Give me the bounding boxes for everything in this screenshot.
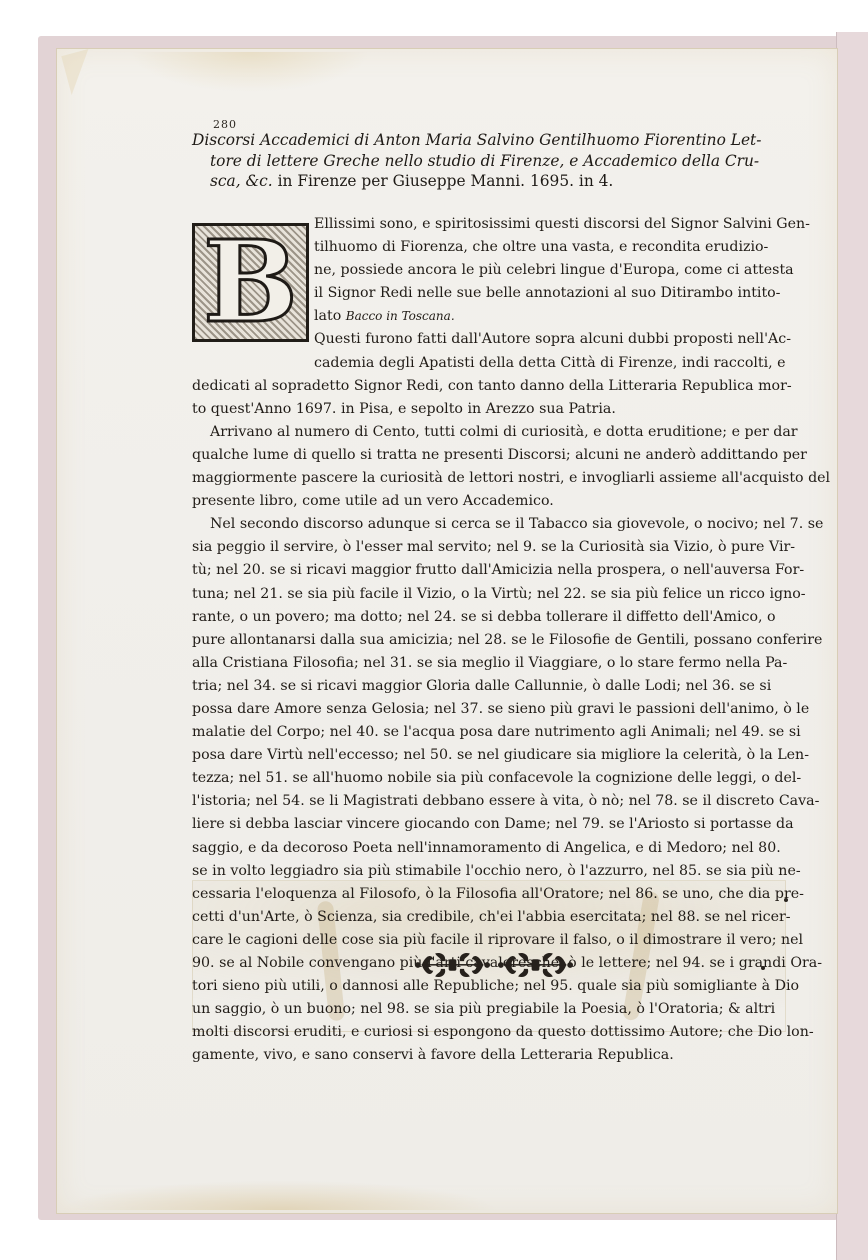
text-line: tuna; nel 21. se sia più facile il Vizio…	[192, 583, 804, 606]
title-line: Discorsi Accademici di Anton Maria Salvi…	[192, 130, 802, 151]
title-line: sca, &c. in Firenze per Giuseppe Manni. …	[192, 171, 802, 192]
text-line: to quest'Anno 1697. in Pisa, e sepolto i…	[192, 398, 804, 421]
fleuron-ornament	[414, 947, 574, 983]
text-line: possa dare Amore senza Gelosia; nel 37. …	[192, 698, 804, 721]
text-line: cetti d'un'Arte, ò Scienza, sia credibil…	[192, 906, 804, 929]
text-line: cademia degli Apatisti della detta Città…	[192, 352, 804, 375]
text-line: lato Bacco in Toscana.	[192, 305, 804, 328]
entry-title: Discorsi Accademici di Anton Maria Salvi…	[192, 130, 802, 192]
body-text: Ellissimi sono, e spiritosissimi questi …	[192, 213, 804, 1067]
text-line: liere si debba lasciar vincere giocando …	[192, 813, 804, 836]
text-line: tilhuomo di Fiorenza, che oltre una vast…	[192, 236, 804, 259]
text-line: cessaria l'eloquenza al Filosofo, ò la F…	[192, 883, 804, 906]
text-line: l'istoria; nel 54. se li Magistrati debb…	[192, 790, 804, 813]
text-line: sia peggio il servire, ò l'esser mal ser…	[192, 536, 804, 559]
italic-title-reference: Bacco in Toscana.	[346, 309, 455, 323]
text-line: ne, possiede ancora le più celebri lingu…	[192, 259, 804, 282]
text-line: un saggio, ò un buono; nel 98. se sia pi…	[192, 998, 804, 1021]
title-line: tore di lettere Greche nello studio di F…	[192, 151, 802, 172]
text-line: saggio, e da decoroso Poeta nell'innamor…	[192, 837, 804, 860]
text-line: malatie del Corpo; nel 40. se l'acqua po…	[192, 721, 804, 744]
text-line: rante, o un povero; ma dotto; nel 24. se…	[192, 606, 804, 629]
fleuron-icon	[497, 947, 574, 983]
text-line: qualche lume di quello si tratta ne pres…	[192, 444, 804, 467]
adjacent-leaf-edge	[836, 32, 868, 1260]
text-line: Nel secondo discorso adunque si cerca se…	[192, 513, 804, 536]
text-line: posa dare Virtù nell'eccesso; nel 50. se…	[192, 744, 804, 767]
title-line-italic: sca, &c.	[210, 172, 273, 190]
imprint-text: in Firenze per Giuseppe Manni. 1695. in …	[278, 172, 614, 190]
ink-speck	[784, 898, 788, 902]
foxing-stain-bottom	[60, 1180, 500, 1210]
text-line: molti discorsi eruditi, e curiosi si esp…	[192, 1021, 804, 1044]
text-line: presente libro, come utile ad un vero Ac…	[192, 490, 804, 513]
text-line: dedicati al sopradetto Signor Redi, con …	[192, 375, 804, 398]
text-line: Ellissimi sono, e spiritosissimi questi …	[192, 213, 804, 236]
text-line: tezza; nel 51. se all'huomo nobile sia p…	[192, 767, 804, 790]
text-fragment: lato	[314, 308, 341, 324]
text-line: se in volto leggiadro sia più stimabile …	[192, 860, 804, 883]
text-line: maggiormente pascere la curiosità de let…	[192, 467, 804, 490]
foxing-stain-top	[130, 52, 370, 92]
text-line: alla Cristiana Filosofia; nel 31. se sia…	[192, 652, 804, 675]
text-line: pure allontanarsi dalla sua amicizia; ne…	[192, 629, 804, 652]
text-line: Arrivano al numero di Cento, tutti colmi…	[192, 421, 804, 444]
text-line: tria; nel 34. se si ricavi maggior Glori…	[192, 675, 804, 698]
ink-speck	[761, 966, 765, 970]
text-line: il Signor Redi nelle sue belle annotazio…	[192, 282, 804, 305]
fleuron-icon	[414, 947, 491, 983]
text-line: tù; nel 20. se si ricavi maggior frutto …	[192, 559, 804, 582]
text-line: gamente, vivo, e sano conservi à favore …	[192, 1044, 804, 1067]
text-line: Questi furono fatti dall'Autore sopra al…	[192, 328, 804, 351]
